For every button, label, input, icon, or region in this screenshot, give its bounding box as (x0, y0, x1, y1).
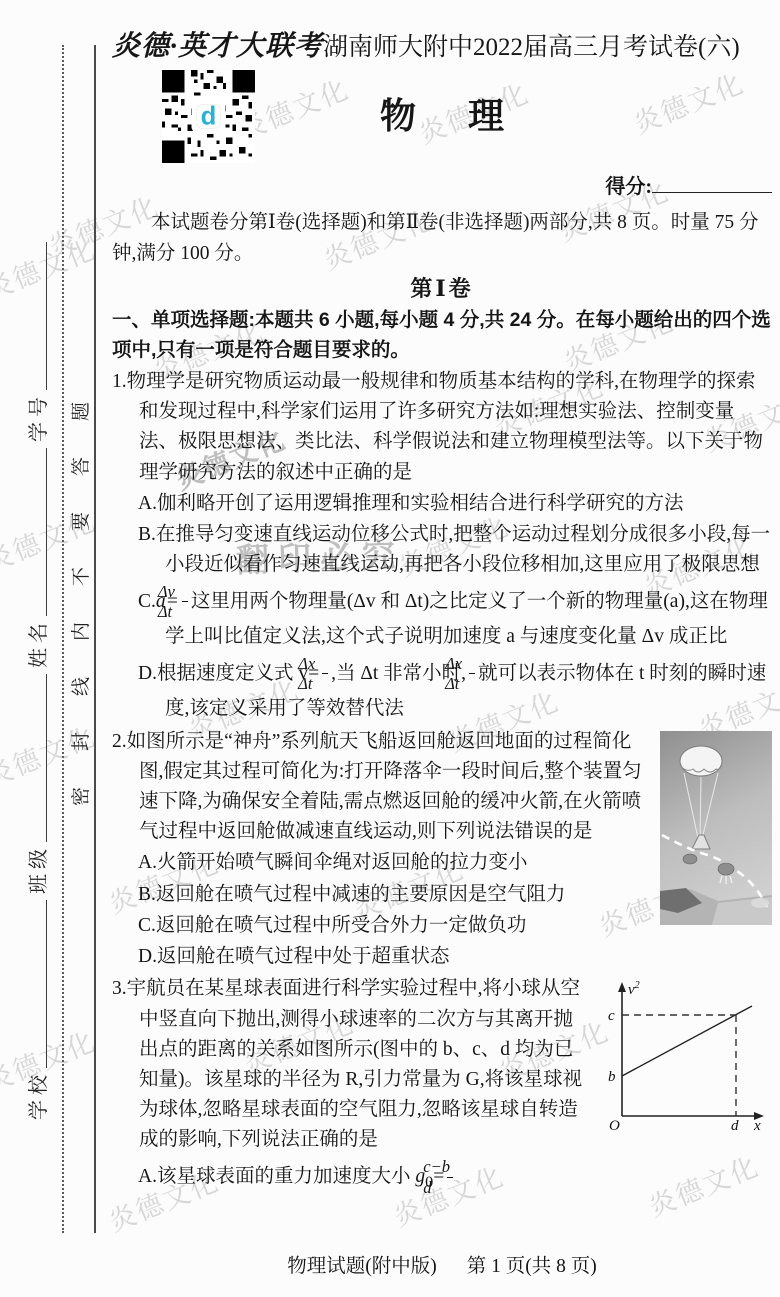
field-school-label: 学校 (22, 1070, 51, 1120)
option-d: D.根据速度定义式 v=ΔxΔt,当 Δt 非常小时,ΔxΔt就可以表示物体在 … (112, 654, 772, 725)
question-stem: 2.如图所示是“神舟”系列航天飞船返回舱返回地面的过程简化图,假定其过程可简化为… (112, 727, 772, 848)
fraction-numerator: Δx (322, 654, 328, 675)
question-number: 2. (112, 731, 127, 752)
brand-title: 炎德·英才大联考 (112, 31, 323, 62)
v-squared-vs-x-graph: v2 c b O d x (600, 976, 772, 1132)
shenzhou-reentry-photo (660, 731, 772, 925)
fraction-denominator: Δt (182, 602, 188, 622)
seal-dotted-line (62, 45, 64, 1233)
paper-info: 本试题卷分第Ⅰ卷(选择题)和第Ⅱ卷(非选择题)两部分,共 8 页。时量 75 分… (112, 208, 772, 270)
fraction: ΔxΔt (322, 654, 328, 695)
field-school-blank (41, 900, 47, 1068)
question-stem-text: 物理学是研究物质运动最一般规律和物质基本结构的学科,在物理学的探索和发现过程中,… (127, 371, 763, 483)
fraction-denominator: Δt (322, 674, 328, 694)
option-text: 返回舱在喷气过程中所受合外力一定做负功 (156, 915, 527, 936)
option-text: 根据速度定义式 v= (157, 662, 319, 683)
question-number: 3. (112, 978, 127, 999)
option-text: 火箭开始喷气瞬间伞绳对返回舱的拉力变小 (157, 852, 528, 873)
option-label: C. (138, 915, 156, 936)
graph-xlabel: x (753, 1118, 761, 1132)
paper-title-line: 炎德·英才大联考湖南师大附中2022届高三月考试卷(六) (112, 24, 772, 64)
question-stem-text: 宇航员在某星球表面进行科学实验过程中,将小球从空中竖直向下抛出,测得小球速率的二… (127, 978, 582, 1150)
option-label: A. (138, 1165, 157, 1186)
option-label: A. (138, 852, 157, 873)
option-text: 返回舱在喷气过程中处于超重状态 (157, 946, 450, 967)
fraction: c−bd (447, 1157, 453, 1198)
option-d: D.返回舱在喷气过程中处于超重状态 (112, 942, 772, 972)
page-footer: 物理试题(附中版)第 1 页(共 8 页) (112, 1250, 772, 1278)
paper-header: 炎德·英才大联考湖南师大附中2022届高三月考试卷(六) (112, 24, 772, 202)
option-text: 该星球表面的重力加速度大小 (157, 1165, 415, 1186)
option-b: B.在推导匀变速直线运动位移公式时,把整个运动过程划分成很多小段,每一小段近似看… (112, 520, 772, 580)
field-class-label: 班级 (22, 844, 51, 894)
student-info-fields: 学校 班级 姓名 学号 (22, 236, 51, 1120)
question-stem: v2 c b O d x 3.宇航员在某星球表面进行科学实验过程中,将小球从空中… (112, 974, 772, 1155)
exam-title: 湖南师大附中2022届高三月考试卷(六) (323, 34, 740, 61)
option-label: D. (138, 662, 157, 683)
subject-title: 物理 (112, 88, 772, 139)
option-text: 在推导匀变速直线运动位移公式时,把整个运动过程划分成很多小段,每一小段近似看作匀… (156, 524, 770, 575)
option-label: B. (138, 524, 156, 545)
fraction: ΔxΔt (469, 654, 475, 695)
footer-page-number: 第 1 页(共 8 页) (467, 1256, 597, 1277)
question-1: 1.物理学是研究物质运动最一般规律和物质基本结构的学科,在物理学的探索和发现过程… (112, 367, 772, 725)
svg-text:v2: v2 (628, 980, 640, 998)
field-class-blank (41, 674, 47, 842)
graph-d-label: d (731, 1118, 739, 1132)
fraction: ΔvΔt (182, 582, 188, 623)
exam-page: 炎德文化 炎德文化 炎德文化 炎德文化 炎德文化 炎德文化 炎德文化 炎德文化 … (0, 0, 780, 1297)
fraction-numerator: c−b (447, 1157, 453, 1178)
field-number-blank (41, 242, 47, 390)
fraction-denominator: d (447, 1178, 453, 1198)
option-a: A.该星球表面的重力加速度大小 g0=c−bd (112, 1157, 772, 1198)
option-label: B. (138, 884, 156, 905)
question-stem: 1.物理学是研究物质运动最一般规律和物质基本结构的学科,在物理学的探索和发现过程… (112, 367, 772, 488)
question-stem-text: 如图所示是“神舟”系列航天飞船返回舱返回地面的过程简化图,假定其过程可简化为:打… (127, 731, 642, 843)
score-row: 得分: (605, 170, 772, 199)
seal-solid-line (94, 45, 96, 1233)
field-number-label: 学号 (22, 392, 51, 442)
option-c: C.a=ΔvΔt这里用两个物理量(Δv 和 Δt)之比定义了一个新的物理量(a)… (112, 582, 772, 653)
question-3: v2 c b O d x 3.宇航员在某星球表面进行科学实验过程中,将小球从空中… (112, 974, 772, 1197)
question-2: 2.如图所示是“神舟”系列航天飞船返回舱返回地面的过程简化图,假定其过程可简化为… (112, 727, 772, 973)
graph-ylabel-sup: 2 (635, 980, 640, 991)
fraction-denominator: Δt (469, 674, 475, 694)
graph-b-label: b (608, 1069, 616, 1085)
graph-origin-label: O (609, 1118, 620, 1132)
option-label: D. (138, 946, 157, 967)
field-name-label: 姓名 (22, 618, 51, 668)
option-text: 返回舱在喷气过程中减速的主要原因是空气阻力 (156, 884, 566, 905)
option-text: 伽利略开创了运用逻辑推理和实验相结合进行科学研究的方法 (157, 493, 684, 514)
part-heading: 第Ⅰ卷 (112, 272, 772, 303)
footer-paper-name: 物理试题(附中版) (287, 1256, 437, 1277)
option-label: C. (138, 590, 156, 611)
option-a: A.伽利略开创了运用逻辑推理和实验相结合进行科学研究的方法 (112, 489, 772, 519)
option-label: A. (138, 493, 157, 514)
section-heading: 一、单项选择题:本题共 6 小题,每小题 4 分,共 24 分。在每小题给出的四… (112, 305, 772, 365)
score-label: 得分: (605, 176, 652, 198)
graph-c-label: c (608, 1008, 615, 1024)
score-blank (652, 187, 772, 193)
fraction-numerator: Δx (469, 654, 475, 675)
option-text: 这里用两个物理量(Δv 和 Δt)之比定义了一个新的物理量(a),这在物理学上叫… (165, 590, 768, 647)
fraction-numerator: Δv (182, 582, 188, 603)
seal-line-text: 密封线内不要答题 (66, 366, 93, 806)
question-number: 1. (112, 371, 127, 392)
field-name-blank (41, 448, 47, 616)
main-content: 炎德·英才大联考湖南师大附中2022届高三月考试卷(六) (112, 20, 772, 1246)
